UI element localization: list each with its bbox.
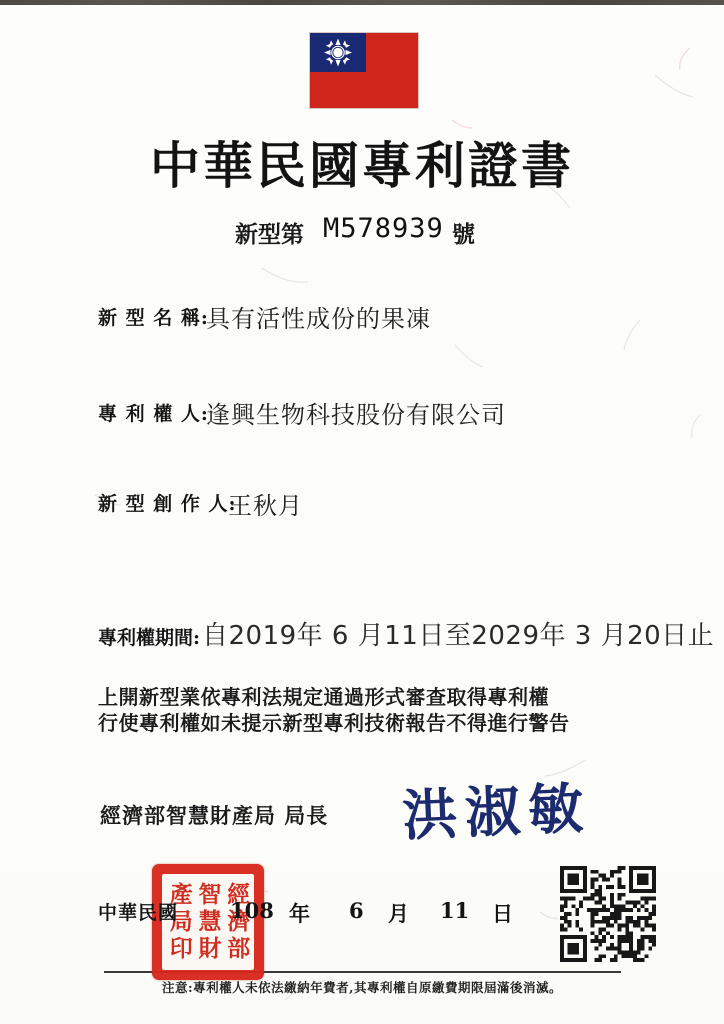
legal-statement-line2: 行使專利權如未提示新型專利技術報告不得進行警告 — [98, 710, 570, 736]
date-year-unit: 年 — [289, 898, 310, 928]
patent-number-prefix: 新型第 — [235, 216, 304, 249]
field-label-creator: 新 型 創 作 人: — [98, 489, 236, 516]
footer-note: 注意:專利權人未依法繳納年費者,其專利權自原繳費期限屆滿後消滅。 — [0, 978, 724, 996]
patent-number: M578939 — [323, 213, 444, 244]
field-value-term: 自2019年 6 月11日至2029年 3 月20日止 — [202, 615, 714, 652]
date-era: 中華民國 — [98, 898, 178, 925]
date-day-unit: 日 — [492, 898, 513, 928]
legal-statement-line1: 上開新型業依專利法規定通過形式審查取得專利權 — [98, 684, 570, 710]
date-month-unit: 月 — [388, 898, 409, 928]
field-label-term: 專利權期間: — [98, 623, 200, 650]
certificate-title: 中華民國專利證書 — [0, 126, 724, 198]
patent-number-suffix: 號 — [452, 216, 475, 249]
date-month: 6 — [349, 898, 364, 923]
date-year: 108 — [230, 898, 274, 923]
issue-date-row: 中華民國 108 年 6 月 11 日 — [0, 898, 724, 928]
field-value-creator: 王秋月 — [228, 486, 303, 521]
field-label-patentee: 專 利 權 人: — [98, 399, 209, 426]
director-signature: 洪淑敏 — [400, 764, 592, 851]
scan-border-top — [0, 0, 724, 5]
field-label-model-name: 新 型 名 稱: — [98, 303, 209, 330]
roc-flag — [310, 33, 418, 108]
patent-certificate-page: 中華民國專利證書 新型第 M578939 號 新 型 名 稱: 具有活性成份的果… — [0, 0, 724, 1024]
issuer-title: 經濟部智慧財產局 局長 — [100, 800, 328, 830]
field-value-model-name: 具有活性成份的果凍 — [206, 299, 431, 334]
date-day: 11 — [440, 898, 469, 923]
legal-statement: 上開新型業依專利法規定通過形式審查取得專利權 行使專利權如未提示新型專利技術報告… — [98, 684, 570, 736]
field-value-patentee: 逢興生物科技股份有限公司 — [206, 395, 506, 430]
